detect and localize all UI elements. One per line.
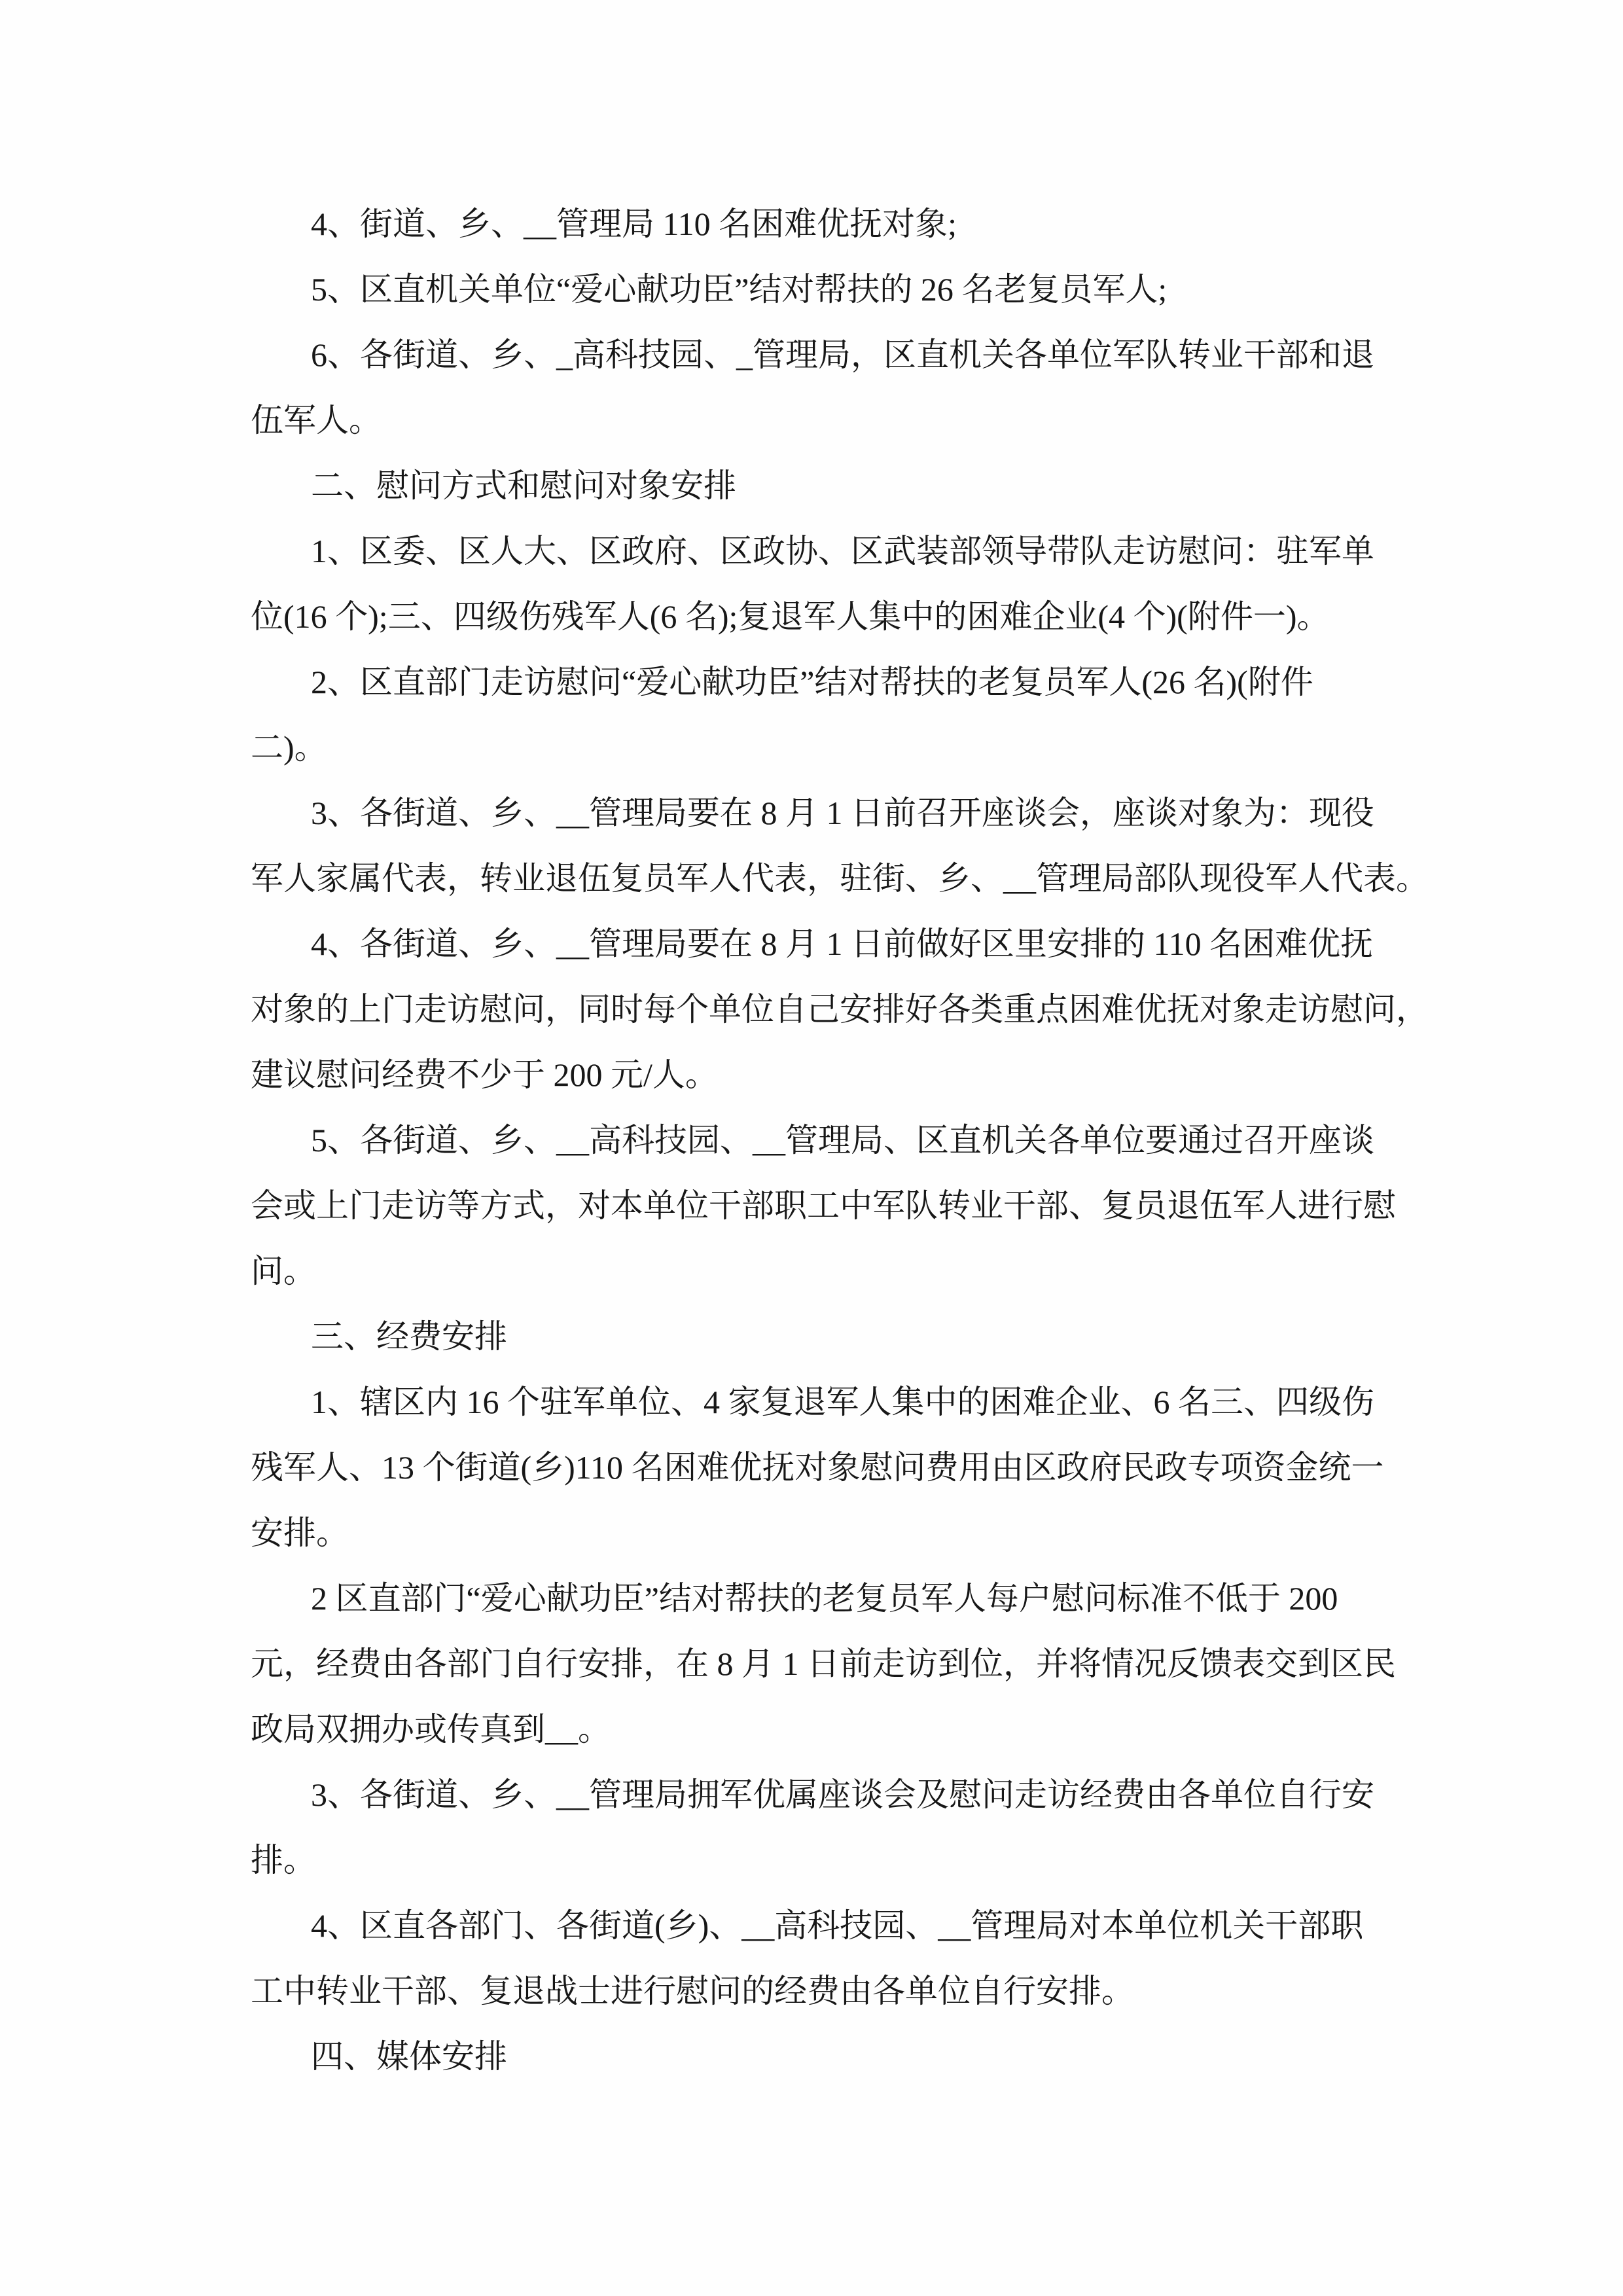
- text-line: 四、媒体安排: [251, 2024, 1412, 2089]
- text-line: 对象的上门走访慰问，同时每个单位自己安排好各类重点困难优抚对象走访慰问，: [251, 977, 1412, 1042]
- text-line: 残军人、13 个街道(乡)110 名困难优抚对象慰问费用由区政府民政专项资金统一: [251, 1435, 1412, 1500]
- text-line: 会或上门走访等方式，对本单位干部职工中军队转业干部、复员退伍军人进行慰: [251, 1173, 1412, 1238]
- text-line: 军人家属代表，转业退伍复员军人代表，驻街、乡、__管理局部队现役军人代表。: [251, 846, 1412, 911]
- text-line: 伍军人。: [251, 387, 1412, 453]
- text-line: 元，经费由各部门自行安排，在 8 月 1 日前走访到位，并将情况反馈表交到区民: [251, 1631, 1412, 1696]
- text-line: 1、辖区内 16 个驻军单位、4 家复退军人集中的困难企业、6 名三、四级伤: [251, 1369, 1412, 1435]
- text-line: 5、各街道、乡、__高科技园、__管理局、区直机关各单位要通过召开座谈: [251, 1107, 1412, 1173]
- text-line: 二)。: [251, 715, 1412, 780]
- text-line: 2 区直部门“爱心献功臣”结对帮扶的老复员军人每户慰问标准不低于 200: [251, 1566, 1412, 1631]
- text-line: 三、经费安排: [251, 1304, 1412, 1369]
- text-line: 5、区直机关单位“爱心献功臣”结对帮扶的 26 名老复员军人;: [251, 257, 1412, 322]
- text-line: 工中转业干部、复退战士进行慰问的经费由各单位自行安排。: [251, 1958, 1412, 2024]
- document-body: 4、街道、乡、__管理局 110 名困难优抚对象;5、区直机关单位“爱心献功臣”…: [251, 191, 1412, 2089]
- text-line: 位(16 个);三、四级伤残军人(6 名);复退军人集中的困难企业(4 个)(附…: [251, 584, 1412, 649]
- text-line: 2、区直部门走访慰问“爱心献功臣”结对帮扶的老复员军人(26 名)(附件: [251, 649, 1412, 715]
- text-line: 3、各街道、乡、__管理局拥军优属座谈会及慰问走访经费由各单位自行安: [251, 1762, 1412, 1827]
- text-line: 二、慰问方式和慰问对象安排: [251, 453, 1412, 518]
- text-line: 6、各街道、乡、_高科技园、_管理局，区直机关各单位军队转业干部和退: [251, 322, 1412, 387]
- text-line: 1、区委、区人大、区政府、区政协、区武装部领导带队走访慰问：驻军单: [251, 518, 1412, 584]
- text-line: 4、各街道、乡、__管理局要在 8 月 1 日前做好区里安排的 110 名困难优…: [251, 911, 1412, 977]
- text-line: 政局双拥办或传真到__。: [251, 1696, 1412, 1762]
- text-line: 建议慰问经费不少于 200 元/人。: [251, 1042, 1412, 1107]
- document-page: 4、街道、乡、__管理局 110 名困难优抚对象;5、区直机关单位“爱心献功臣”…: [0, 0, 1623, 2296]
- text-line: 安排。: [251, 1500, 1412, 1566]
- text-line: 4、区直各部门、各街道(乡)、__高科技园、__管理局对本单位机关干部职: [251, 1893, 1412, 1958]
- text-line: 问。: [251, 1238, 1412, 1304]
- text-line: 4、街道、乡、__管理局 110 名困难优抚对象;: [251, 191, 1412, 257]
- text-line: 3、各街道、乡、__管理局要在 8 月 1 日前召开座谈会，座谈对象为：现役: [251, 780, 1412, 846]
- text-line: 排。: [251, 1827, 1412, 1893]
